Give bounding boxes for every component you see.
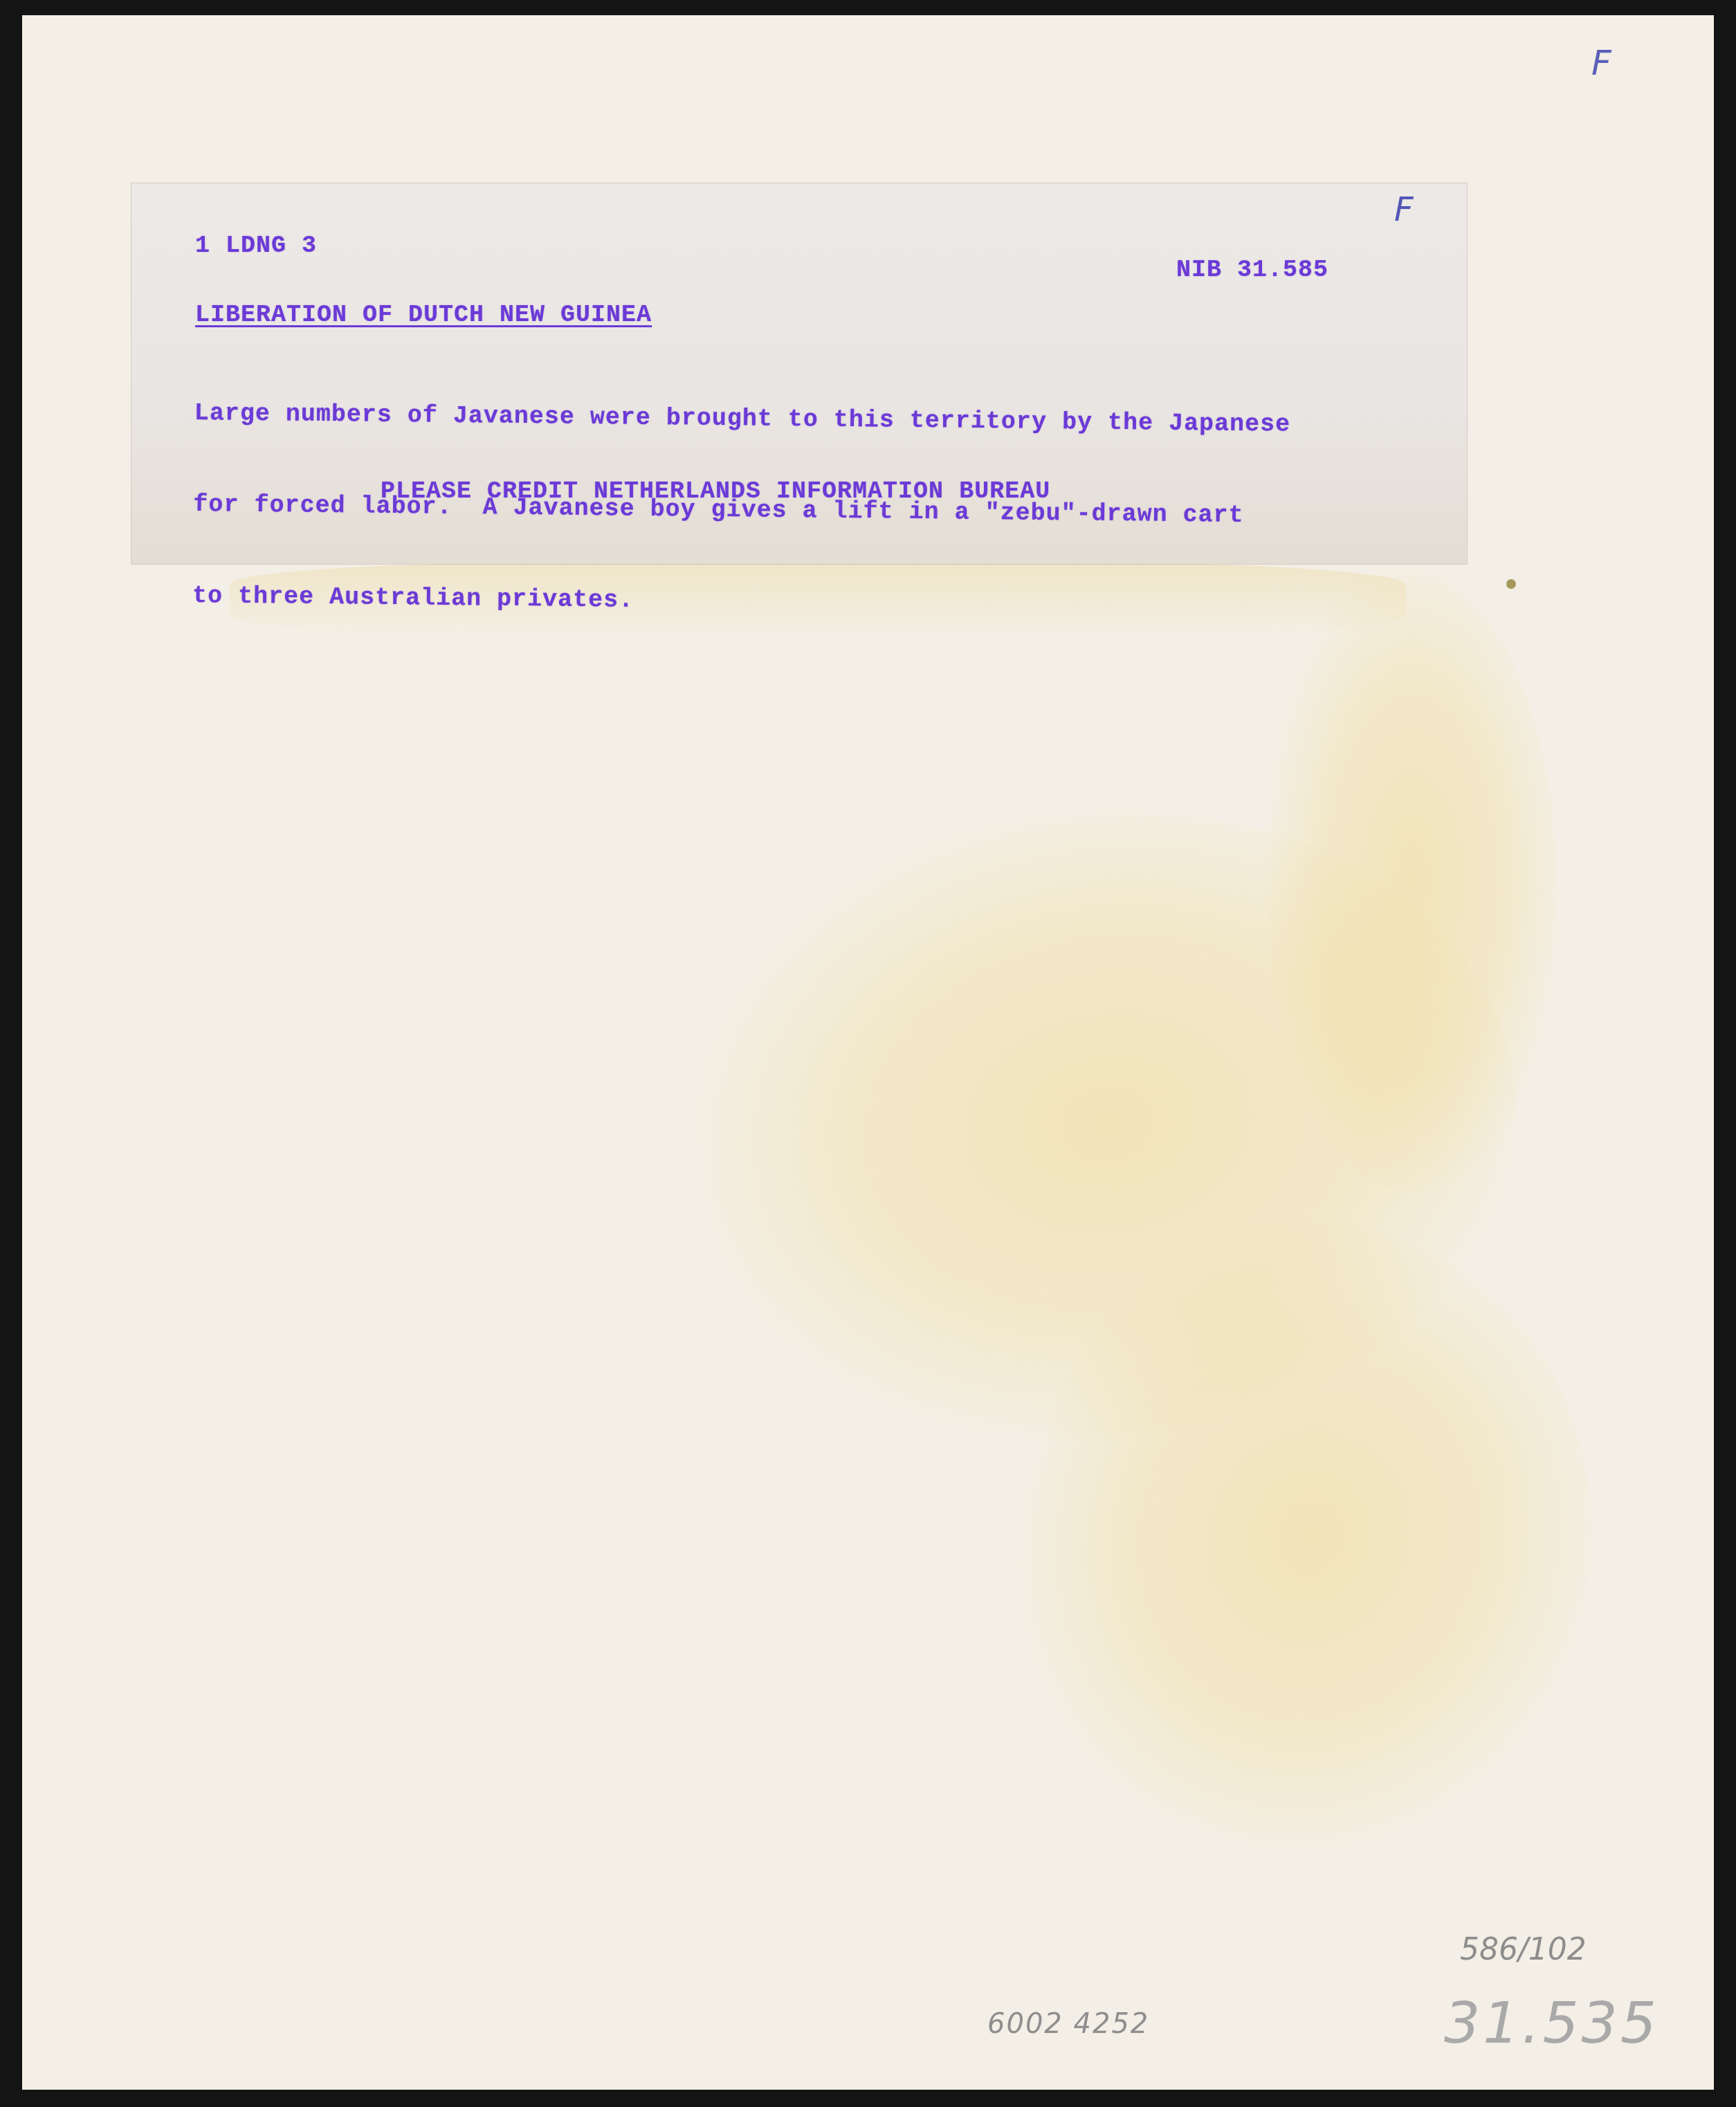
handwritten-mark-top-right: F xyxy=(1591,43,1611,83)
catalog-code-left: 1 LDNG 3 xyxy=(195,232,317,259)
caption-slip: 1 LDNG 3 F NIB 31.585 LIBERATION OF DUTC… xyxy=(131,183,1467,564)
caption-headline: LIBERATION OF DUTCH NEW GUINEA xyxy=(195,301,652,329)
water-stain xyxy=(943,1153,1675,1921)
water-stain xyxy=(661,757,1556,1487)
handwritten-mark-label: F xyxy=(1394,190,1414,229)
pencil-reference-2: 31.535 xyxy=(1444,1991,1659,2056)
credit-line: PLEASE CREDIT NETHERLANDS INFORMATION BU… xyxy=(381,477,1050,505)
pencil-reference-3: 6002 4252 xyxy=(987,2008,1149,2040)
catalog-code-right: NIB 31.585 xyxy=(1176,256,1328,284)
pencil-reference-1: 586/102 xyxy=(1460,1932,1587,1967)
caption-line: Large numbers of Javanese were brought t… xyxy=(194,398,1291,440)
caption-body: Large numbers of Javanese were brought t… xyxy=(192,337,1291,684)
photo-verso: F 1 LDNG 3 F NIB 31.585 LIBERATION OF DU… xyxy=(22,15,1714,2090)
ink-spot xyxy=(1506,579,1516,589)
caption-line: to three Australian privates. xyxy=(192,581,1289,623)
water-stain xyxy=(1268,569,1558,1192)
